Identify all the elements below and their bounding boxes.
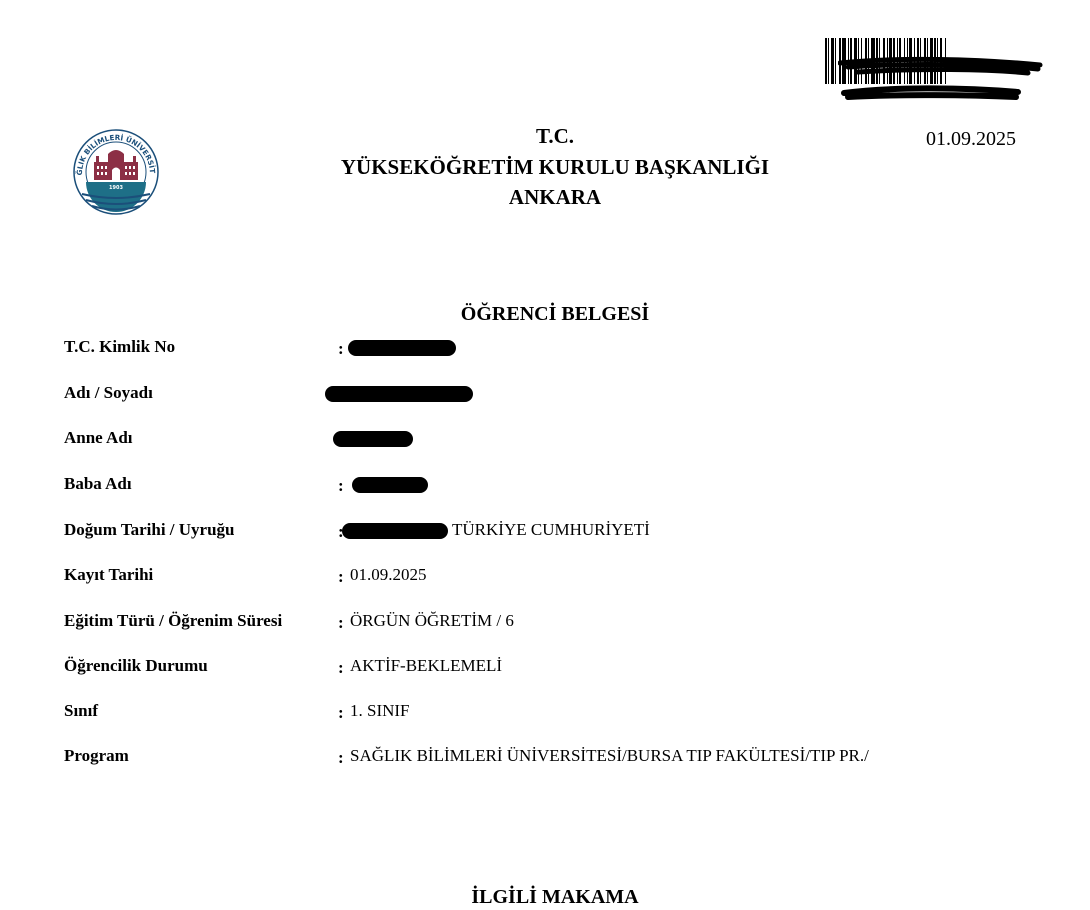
- redacted-value: [342, 523, 448, 539]
- field-colon: :: [338, 748, 344, 768]
- redacted-value: [352, 477, 428, 493]
- barcode-redaction-scribble: [838, 55, 1043, 77]
- header-institution: YÜKSEKÖĞRETİM KURULU BAŞKANLIĞI: [290, 155, 820, 180]
- field-colon: :: [338, 658, 344, 678]
- university-logo: SAĞLIK BİLİMLERİ ÜNİVERSİTESİ 1903: [72, 128, 160, 216]
- field-value: 01.09.2025: [350, 565, 427, 585]
- addressee-heading: İLGİLİ MAKAMA: [290, 886, 820, 909]
- header-city: ANKARA: [290, 185, 820, 210]
- document-date: 01.09.2025: [926, 128, 1016, 151]
- field-label: Anne Adı: [64, 428, 133, 448]
- field-colon: :: [338, 567, 344, 587]
- field-label: Eğitim Türü / Öğrenim Süresi: [64, 611, 282, 631]
- field-label: Sınıf: [64, 701, 98, 721]
- field-label: T.C. Kimlik No: [64, 337, 175, 357]
- barcode-caption-redacted: [840, 84, 1022, 102]
- field-value: ÖRGÜN ÖĞRETİM / 6: [350, 611, 514, 631]
- field-colon: :: [338, 339, 344, 359]
- field-label: Adı / Soyadı: [64, 383, 153, 403]
- field-value: SAĞLIK BİLİMLERİ ÜNİVERSİTESİ/BURSA TIP …: [350, 746, 869, 766]
- document-title: ÖĞRENCİ BELGESİ: [290, 303, 820, 326]
- field-label: Baba Adı: [64, 474, 132, 494]
- field-colon: :: [338, 476, 344, 496]
- field-label: Öğrencilik Durumu: [64, 656, 208, 676]
- redacted-value: [333, 431, 413, 447]
- header-tc: T.C.: [290, 124, 820, 149]
- field-label: Kayıt Tarihi: [64, 565, 153, 585]
- field-value: AKTİF-BEKLEMELİ: [350, 656, 502, 676]
- field-colon: :: [338, 703, 344, 723]
- field-value: 1. SINIF: [350, 701, 410, 721]
- field-value: TÜRKİYE CUMHURİYETİ: [452, 520, 650, 540]
- svg-text:1903: 1903: [109, 185, 123, 191]
- redacted-value: [348, 340, 456, 356]
- redacted-value: [325, 386, 473, 402]
- field-label: Program: [64, 746, 129, 766]
- field-label: Doğum Tarihi / Uyruğu: [64, 520, 235, 540]
- field-colon: :: [338, 613, 344, 633]
